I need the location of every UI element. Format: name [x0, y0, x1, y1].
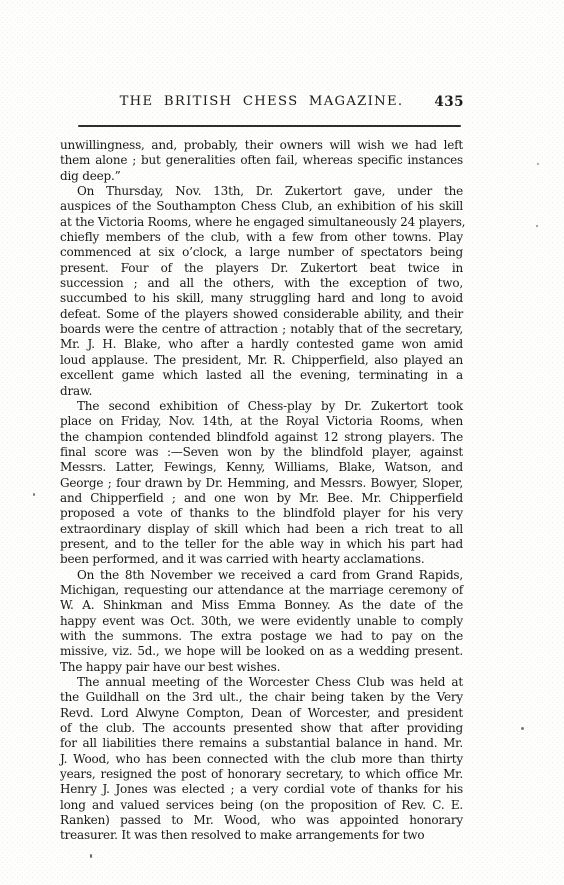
text-line: the Guildhall on the 3rd ult., the chair…	[60, 690, 463, 705]
text-line: succession ; and all the others, with th…	[60, 276, 463, 291]
text-line: the champion contended blindfold against…	[60, 430, 463, 445]
page-number: 435	[434, 94, 464, 110]
text-line: loud applause. The president, Mr. R. Chi…	[60, 353, 463, 368]
header-rule	[78, 125, 461, 127]
text-line: boards were the centre of attraction ; n…	[60, 322, 463, 337]
text-line: present, and to the teller for the able …	[60, 537, 463, 552]
text-line: W. A. Shinkman and Miss Emma Bonney. As …	[60, 598, 463, 613]
text-line: happy event was Oct. 30th, we were evide…	[60, 614, 463, 629]
text-line: commenced at six o’clock, a large number…	[60, 245, 463, 260]
text-line: present. Four of the players Dr. Zukerto…	[60, 261, 463, 276]
text-line: excellent game which lasted all the even…	[60, 368, 463, 383]
text-line: auspices of the Southampton Chess Club, …	[60, 199, 463, 214]
text-line: Mr. J. H. Blake, who after a hardly cont…	[60, 337, 463, 352]
text-line: missive, viz. 5d., we hope will be looke…	[60, 644, 463, 659]
text-line: extraordinary display of skill which had…	[60, 522, 463, 537]
text-line: for all liabilities there remains a subs…	[60, 736, 463, 751]
text-line: chiefly members of the club, with a few …	[60, 230, 463, 245]
text-line: Michigan, requesting our attendance at t…	[60, 583, 463, 598]
text-line: George ; four drawn by Dr. Hemming, and …	[60, 476, 463, 491]
text-line: long and valued services being (on the p…	[60, 798, 463, 813]
text-line: dig deep.”	[60, 169, 463, 184]
text-line: at the Victoria Rooms, where he engaged …	[60, 215, 463, 230]
text-line: Ranken) passed to Mr. Wood, who was appo…	[60, 813, 463, 828]
text-line: Messrs. Latter, Fewings, Kenny, Williams…	[60, 460, 463, 475]
magazine-page: THE BRITISH CHESS MAGAZINE. 435 unwillin…	[0, 0, 564, 885]
text-line: The annual meeting of the Worcester Ches…	[60, 675, 463, 690]
text-line: of the club. The accounts presented show…	[60, 721, 463, 736]
text-line: proposed a vote of thanks to the blindfo…	[60, 506, 463, 521]
scan-speck	[90, 854, 92, 858]
text-line: years, resigned the post of honorary sec…	[60, 767, 463, 782]
text-line: Revd. Lord Alwyne Compton, Dean of Worce…	[60, 706, 463, 721]
text-line: and Chipperfield ; and one won by Mr. Be…	[60, 491, 463, 506]
text-line: On the 8th November we received a card f…	[60, 568, 463, 583]
text-line: draw.	[60, 384, 463, 399]
text-line: treasurer. It was then resolved to make …	[60, 828, 463, 843]
page-title: THE BRITISH CHESS MAGAZINE.	[60, 94, 463, 110]
scan-speck	[536, 225, 538, 227]
scan-speck	[521, 727, 524, 730]
text-line: final score was :—Seven won by the blind…	[60, 445, 463, 460]
text-line: defeat. Some of the players showed consi…	[60, 307, 463, 322]
text-line: J. Wood, who has been connected with the…	[60, 752, 463, 767]
text-line: place on Friday, Nov. 14th, at the Royal…	[60, 414, 463, 429]
text-line: Henry J. Jones was elected ; a very cord…	[60, 782, 463, 797]
text-line: The happy pair have our best wishes.	[60, 660, 463, 675]
text-line: them alone ; but generalities often fail…	[60, 153, 463, 168]
text-line: On Thursday, Nov. 13th, Dr. Zukertort ga…	[60, 184, 463, 199]
text-line: unwillingness, and, probably, their owne…	[60, 138, 463, 153]
scan-speck	[33, 493, 35, 496]
scan-speck	[537, 163, 539, 165]
text-line: with the summons. The extra postage we h…	[60, 629, 463, 644]
text-line: been performed, and it was carried with …	[60, 552, 463, 567]
body-text: unwillingness, and, probably, their owne…	[60, 138, 463, 844]
text-line: succumbed to his skill, many struggling …	[60, 291, 463, 306]
text-line: The second exhibition of Chess-play by D…	[60, 399, 463, 414]
